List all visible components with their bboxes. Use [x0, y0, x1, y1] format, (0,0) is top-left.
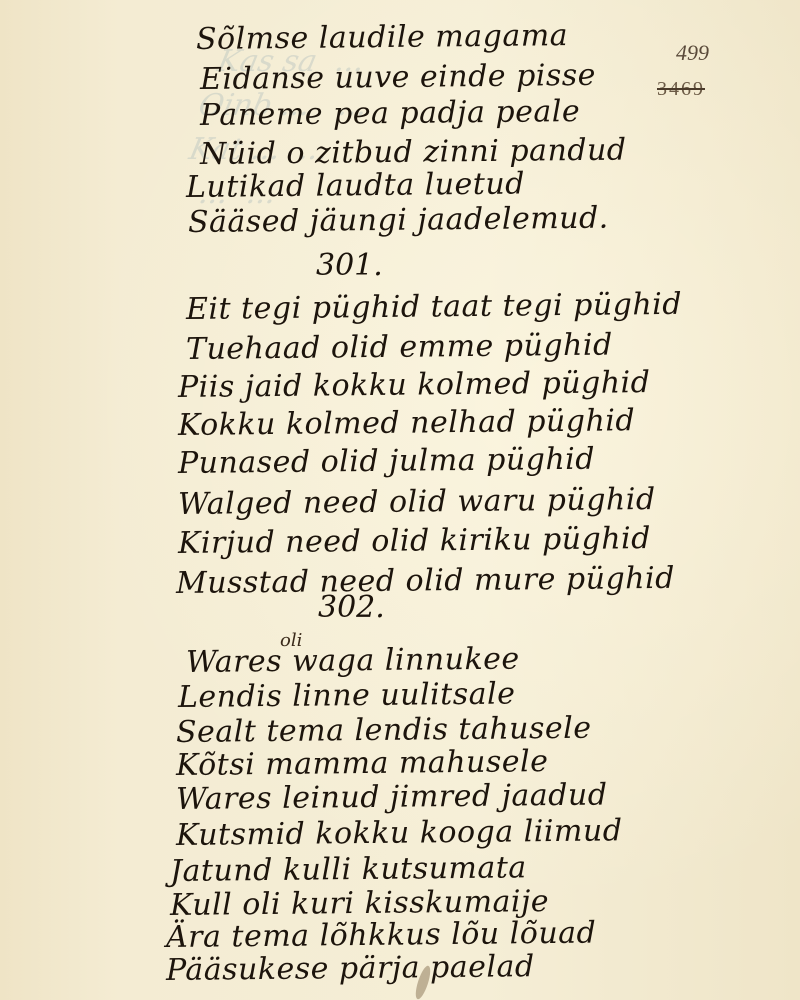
section-number: 302. [318, 590, 385, 625]
verse-line: Kirjud need olid kiriku püghid [178, 521, 651, 561]
verse-line: Lendis linne uulitsale [178, 676, 516, 715]
verse-line: Kutsmid kokku kooga liimud [176, 813, 623, 853]
verse-line: Pääsukese pärja paelad [166, 949, 535, 988]
verse-line: Lutikad laudta luetud [186, 166, 525, 205]
verse-line: Sõlmse laudile magama [196, 18, 568, 57]
struck-old-page-number: 3469 [657, 78, 705, 101]
verse-line: Wares leinud jimred jaadud [176, 777, 608, 817]
verse-line: Walged need olid waru püghid [178, 482, 656, 522]
verse-line: Jatund kulli kutsumata [170, 850, 527, 889]
verse-line: Nüid o zitbud zinni pandud [200, 133, 627, 172]
section-number: 301. [316, 248, 383, 283]
verse-line: Musstad need olid mure püghid [176, 561, 675, 601]
verse-line: Punased olid julma püghid [178, 442, 595, 481]
verse-line: Paneme pea padja peale [200, 94, 580, 133]
verse-line: Eit tegi püghid taat tegi püghid [186, 287, 682, 327]
verse-line: Wares waga linnukee [186, 642, 520, 680]
verse-line: Kokku kolmed nelhad püghid [178, 403, 635, 443]
page-number: 499 [676, 40, 709, 66]
verse-line: Eidanse uuve einde pisse [200, 58, 596, 97]
verse-line: Sääsed jäungi jaadelemud. [188, 201, 609, 240]
verse-line: Tuehaad olid emme püghid [186, 328, 613, 367]
verse-line: Piis jaid kokku kolmed püghid [178, 365, 651, 405]
verse-line: Kõtsi mamma mahusele [176, 744, 549, 783]
